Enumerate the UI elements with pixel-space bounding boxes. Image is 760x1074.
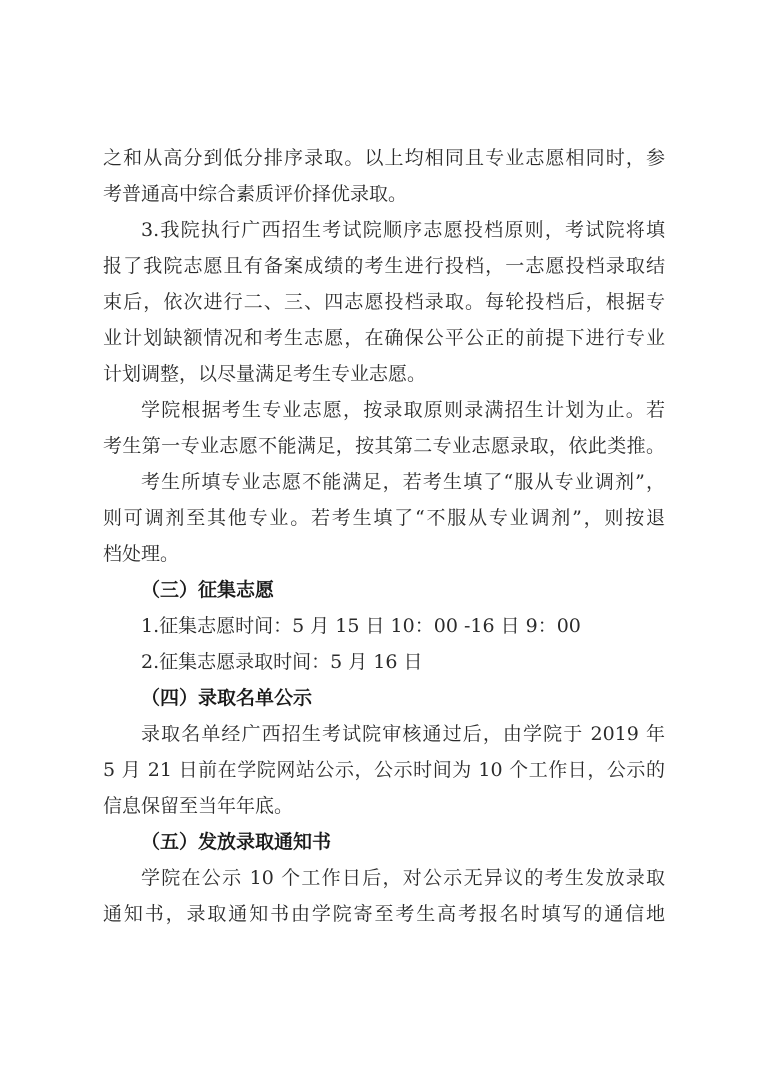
paragraph-line: 计划调整，以尽量满足考生专业志愿。: [103, 359, 665, 389]
paragraph-line: 之和从高分到低分排序录取。以上均相同且专业志愿相同时，参: [103, 143, 665, 173]
paragraph-line: 考生所填专业志愿不能满足，若考生填了“服从专业调剂”，: [141, 467, 665, 497]
paragraph-line: 考生第一专业志愿不能满足，按其第二专业志愿录取，依此类推。: [103, 431, 665, 461]
paragraph-line: 通知书，录取通知书由学院寄至考生高考报名时填写的通信地: [103, 899, 665, 929]
paragraph-line: 则可调剂至其他专业。若考生填了“不服从专业调剂”，则按退: [103, 503, 665, 533]
paragraph-line: 考普通高中综合素质评价择优录取。: [103, 179, 665, 209]
paragraph-line: 报了我院志愿且有备案成绩的考生进行投档，一志愿投档录取结: [103, 251, 665, 281]
paragraph-line: 学院在公示 10 个工作日后，对公示无异议的考生发放录取: [141, 863, 665, 893]
paragraph-line: 1.征集志愿时间：5 月 15 日 10：00 -16 日 9：00: [141, 611, 581, 641]
paragraph-line: 录取名单经广西招生考试院审核通过后，由学院于 2019 年: [141, 719, 665, 749]
paragraph-line: 2.征集志愿录取时间：5 月 16 日: [141, 647, 423, 677]
paragraph-line: 学院根据考生专业志愿，按录取原则录满招生计划为止。若: [141, 395, 665, 425]
section-heading-admission-notice: （五）发放录取通知书: [141, 827, 331, 857]
paragraph-line: 5 月 21 日前在学院网站公示，公示时间为 10 个工作日，公示的: [103, 755, 665, 785]
section-heading-solicitation: （三）征集志愿: [141, 575, 274, 605]
paragraph-line: 业计划缺额情况和考生志愿，在确保公平公正的前提下进行专业: [103, 323, 665, 353]
paragraph-line: 3.我院执行广西招生考试院顺序志愿投档原则，考试院将填: [141, 215, 665, 245]
document-page: 之和从高分到低分排序录取。以上均相同且专业志愿相同时，参 考普通高中综合素质评价…: [0, 0, 760, 1074]
paragraph-line: 档处理。: [103, 539, 665, 569]
paragraph-line: 束后，依次进行二、三、四志愿投档录取。每轮投档后，根据专: [103, 287, 665, 317]
paragraph-line: 信息保留至当年年底。: [103, 791, 665, 821]
section-heading-admission-list: （四）录取名单公示: [141, 683, 312, 713]
